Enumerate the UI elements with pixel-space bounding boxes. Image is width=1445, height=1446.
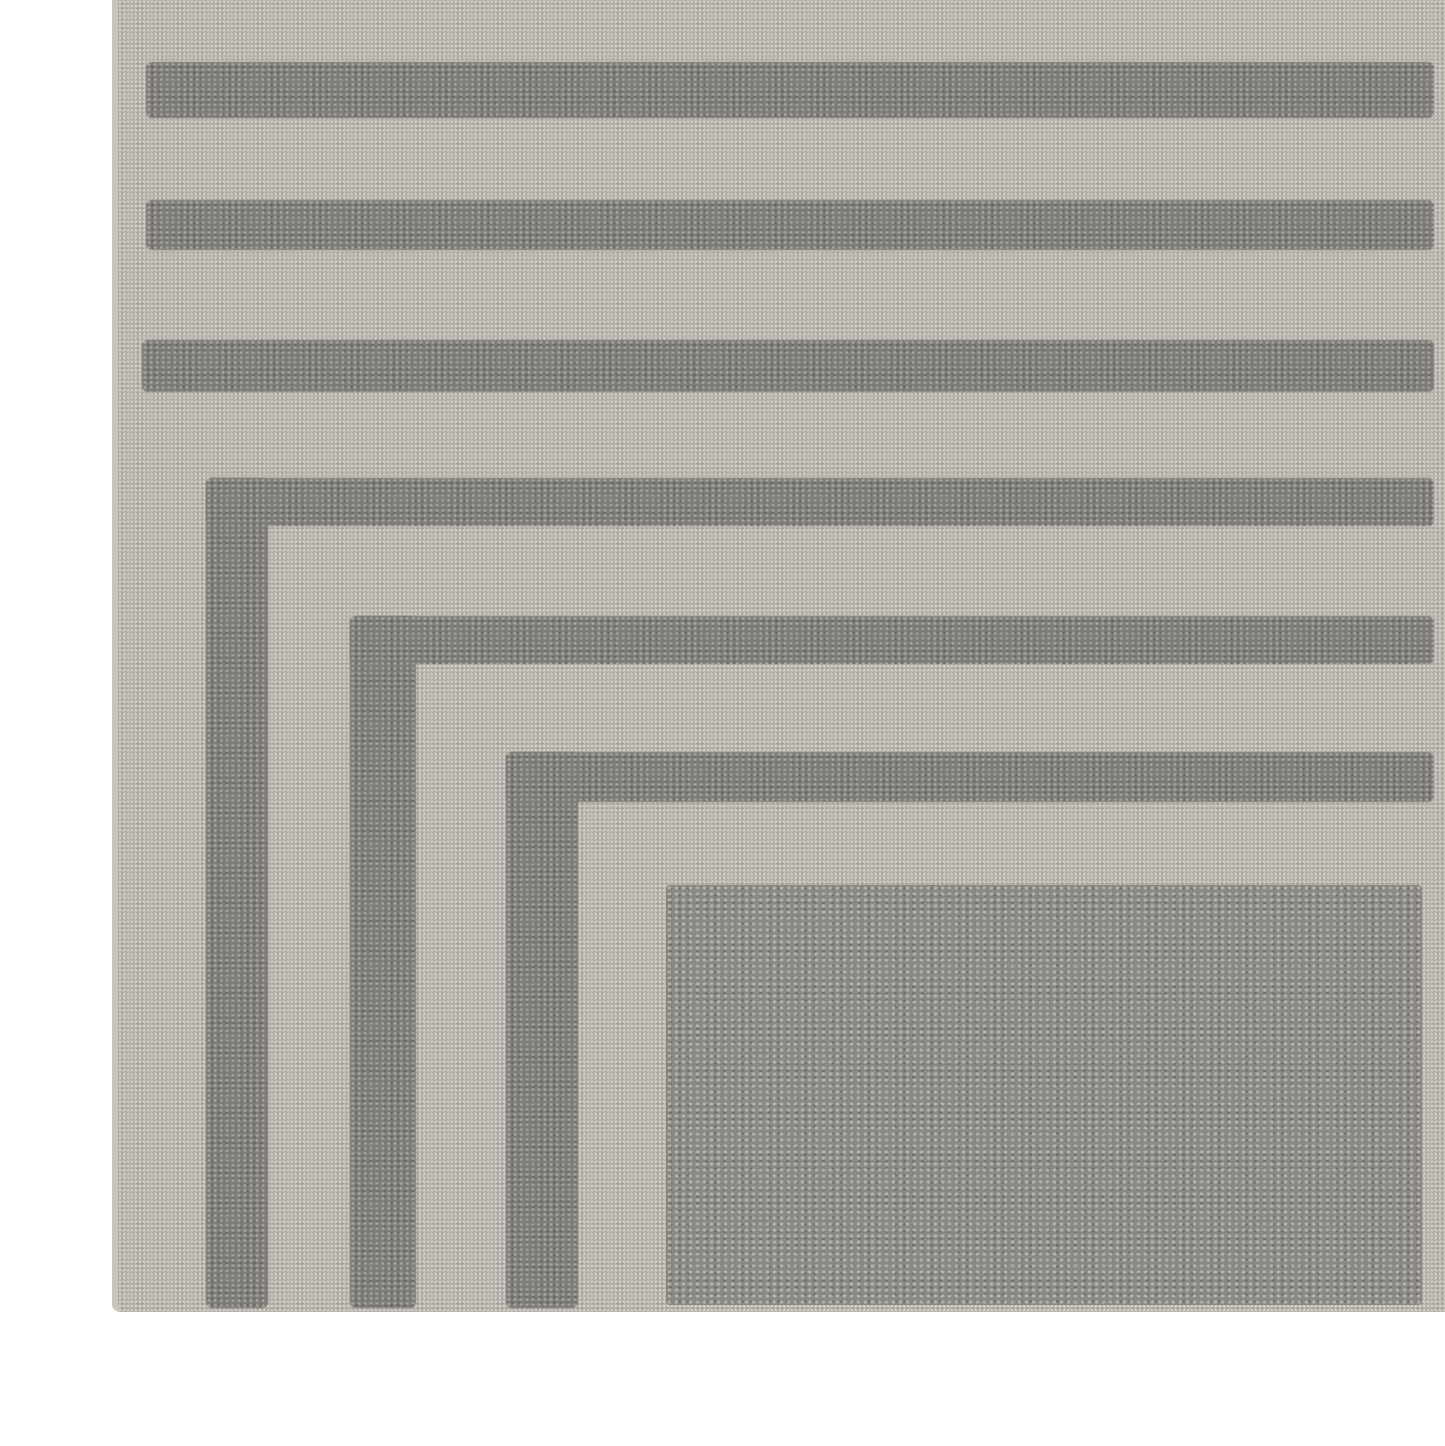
l-band-3-vertical <box>506 752 578 1308</box>
l-band-1-horizontal <box>206 478 1434 526</box>
l-band-1-vertical <box>206 478 268 1308</box>
l-band-3-horizontal <box>506 752 1434 802</box>
l-band-2-horizontal <box>350 616 1434 664</box>
stripe-1 <box>146 62 1434 118</box>
corner-block <box>666 885 1422 1305</box>
l-band-2-vertical <box>350 616 416 1308</box>
rug-photo <box>112 0 1445 1312</box>
stripe-2 <box>146 200 1434 250</box>
stripe-3 <box>142 340 1434 392</box>
